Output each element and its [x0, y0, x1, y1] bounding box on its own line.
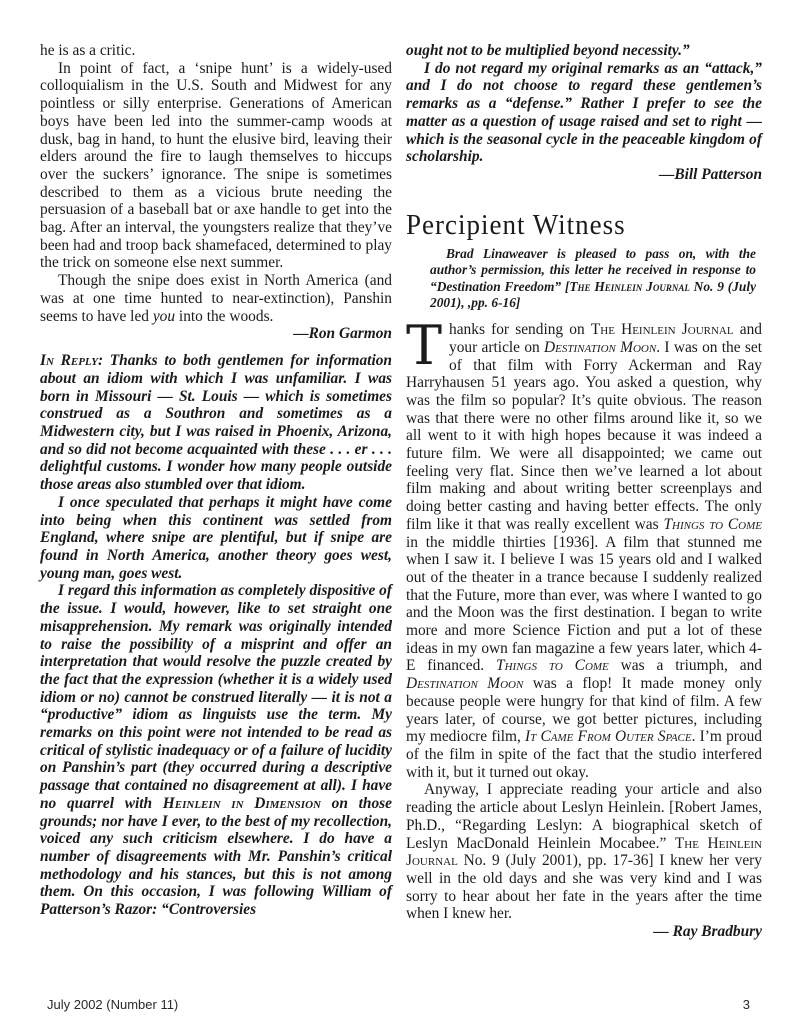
text-segment: —Bill Patterson — [659, 166, 762, 183]
right-column: ought not to be multiplied beyond necess… — [406, 42, 762, 943]
garmon-paragraph: In point of fact, a ‘snipe hunt’ is a wi… — [40, 60, 392, 272]
footer-issue-label: July 2002 (Number 11) — [47, 997, 178, 1012]
text-segment: In point of fact, a ‘snipe hunt’ is a wi… — [40, 60, 392, 272]
text-segment: I do not regard my original remarks as a… — [406, 60, 762, 166]
text-segment: in the middle thirties [1936]. A film th… — [406, 534, 762, 675]
text-segment: Destination Moon — [544, 339, 656, 356]
text-segment: Percipient Witness — [406, 209, 626, 241]
text-segment: hanks for sending on — [449, 321, 591, 338]
text-segment: Things to Come — [496, 657, 609, 674]
text-segment: Things to Come — [663, 516, 762, 533]
text-segment: It Came From Outer Space — [525, 728, 692, 745]
reply-paragraph: I regard this information as completely … — [40, 582, 392, 918]
text-segment: . I was on the set of that film with For… — [406, 339, 762, 533]
text-segment: In Reply: — [40, 352, 103, 369]
garmon-paragraph: Though the snipe does exist in North Ame… — [40, 272, 392, 325]
bradbury-paragraph: Thanks for sending on The Heinlein Journ… — [406, 321, 762, 781]
signature-ray-bradbury: — Ray Bradbury — [406, 923, 762, 941]
footer-page-number: 3 — [743, 997, 750, 1012]
signature-ron-garmon: —Ron Garmon — [40, 325, 392, 343]
section-heading: Percipient Witness — [406, 210, 762, 239]
text-segment: into the woods. — [175, 308, 273, 325]
editorial-note: Brad Linaweaver is pleased to pass on, w… — [430, 246, 756, 311]
drop-cap: T — [406, 321, 449, 368]
text-segment: I regard this information as completely … — [40, 582, 392, 811]
text-segment: was a triumph, and — [609, 657, 762, 674]
text-segment: I once speculated that perhaps it might … — [40, 494, 392, 582]
text-segment: Thanks to both gentlemen for information… — [40, 352, 392, 493]
reply-paragraph: I do not regard my original remarks as a… — [406, 60, 762, 166]
journal-page: he is as a critic.In point of fact, a ‘s… — [0, 0, 800, 1027]
left-column: he is as a critic.In point of fact, a ‘s… — [40, 42, 392, 919]
signature-bill-patterson: —Bill Patterson — [406, 166, 762, 184]
text-segment: —Ron Garmon — [293, 325, 392, 342]
text-segment: — Ray Bradbury — [653, 923, 762, 940]
text-segment: Destination Moon — [406, 675, 523, 692]
garmon-paragraph: he is as a critic. — [40, 42, 392, 60]
bradbury-paragraph: Anyway, I appreciate reading your articl… — [406, 781, 762, 923]
text-segment: The Heinlein Journal — [591, 321, 734, 338]
text-segment: he is as a critic. — [40, 42, 135, 59]
text-segment: you — [153, 308, 175, 325]
text-segment: No. 9 (July 2001), pp. 17-36] I knew her… — [406, 852, 762, 922]
text-segment: The Heinlein Journal — [569, 279, 689, 294]
reply-paragraph: I once speculated that perhaps it might … — [40, 494, 392, 583]
text-segment: Heinlein in Dimension — [163, 795, 321, 812]
reply-paragraph: In Reply: Thanks to both gentlemen for i… — [40, 352, 392, 494]
page-footer: July 2002 (Number 11) 3 — [47, 997, 750, 1012]
reply-paragraph: ought not to be multiplied beyond necess… — [406, 42, 762, 60]
text-segment: on those grounds; nor have I ever, to th… — [40, 795, 392, 918]
text-segment: ought not to be multiplied beyond necess… — [406, 42, 690, 59]
